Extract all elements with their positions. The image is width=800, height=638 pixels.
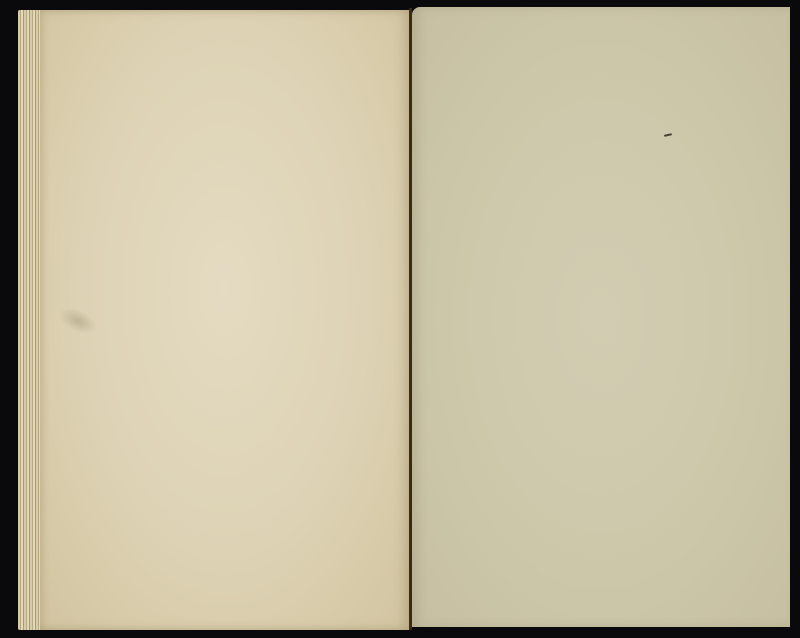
left-page: [40, 10, 410, 630]
paper-mark: [664, 133, 672, 137]
open-book: [0, 0, 800, 638]
right-page: [412, 7, 790, 627]
foxing-stain: [55, 303, 101, 340]
